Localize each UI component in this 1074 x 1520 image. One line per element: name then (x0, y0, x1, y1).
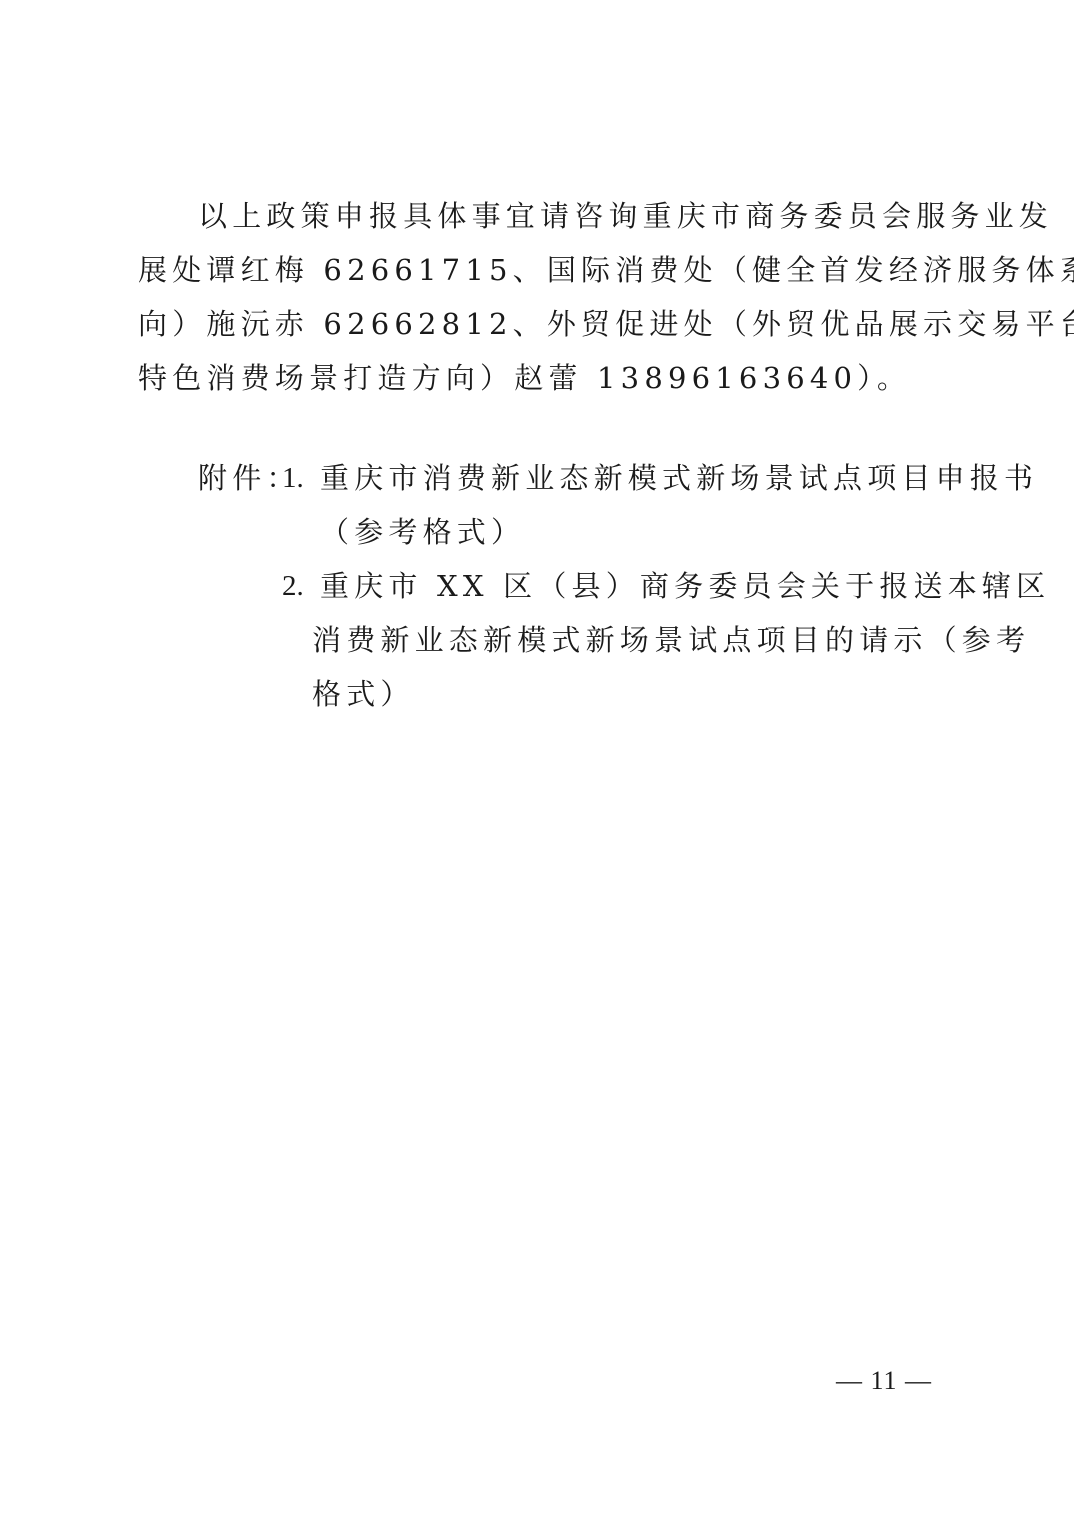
page-number: — 11 — (836, 1366, 932, 1396)
attachment-2-line-2: 消费新业态新模式新场景试点项目的请示（参考 (312, 622, 1030, 658)
paragraph-line-1: 以上政策申报具体事宜请咨询重庆市商务委员会服务业发 (198, 198, 1053, 234)
attachment-1-line-1: 重庆市消费新业态新模式新场景试点项目申报书 (320, 460, 1038, 496)
attachment-2-number: 2. (282, 568, 304, 604)
attachment-1-number: 1. (282, 460, 304, 496)
document-page: 以上政策申报具体事宜请咨询重庆市商务委员会服务业发 展处谭红梅 62661715… (0, 0, 1074, 1520)
attachment-2-line-1: 重庆市 XX 区（县）商务委员会关于报送本辖区 (320, 568, 1050, 604)
attachment-2-line-3: 格式） (312, 676, 415, 712)
paragraph-line-4: 特色消费场景打造方向）赵蕾 13896163640）。 (138, 360, 911, 396)
paragraph-line-3: 向）施沅赤 62662812、外贸促进处（外贸优品展示交易平台等 (138, 306, 1074, 342)
attachment-1-line-2: （参考格式） (320, 514, 525, 550)
paragraph-line-2: 展处谭红梅 62661715、国际消费处（健全首发经济服务体系方 (138, 252, 1074, 288)
